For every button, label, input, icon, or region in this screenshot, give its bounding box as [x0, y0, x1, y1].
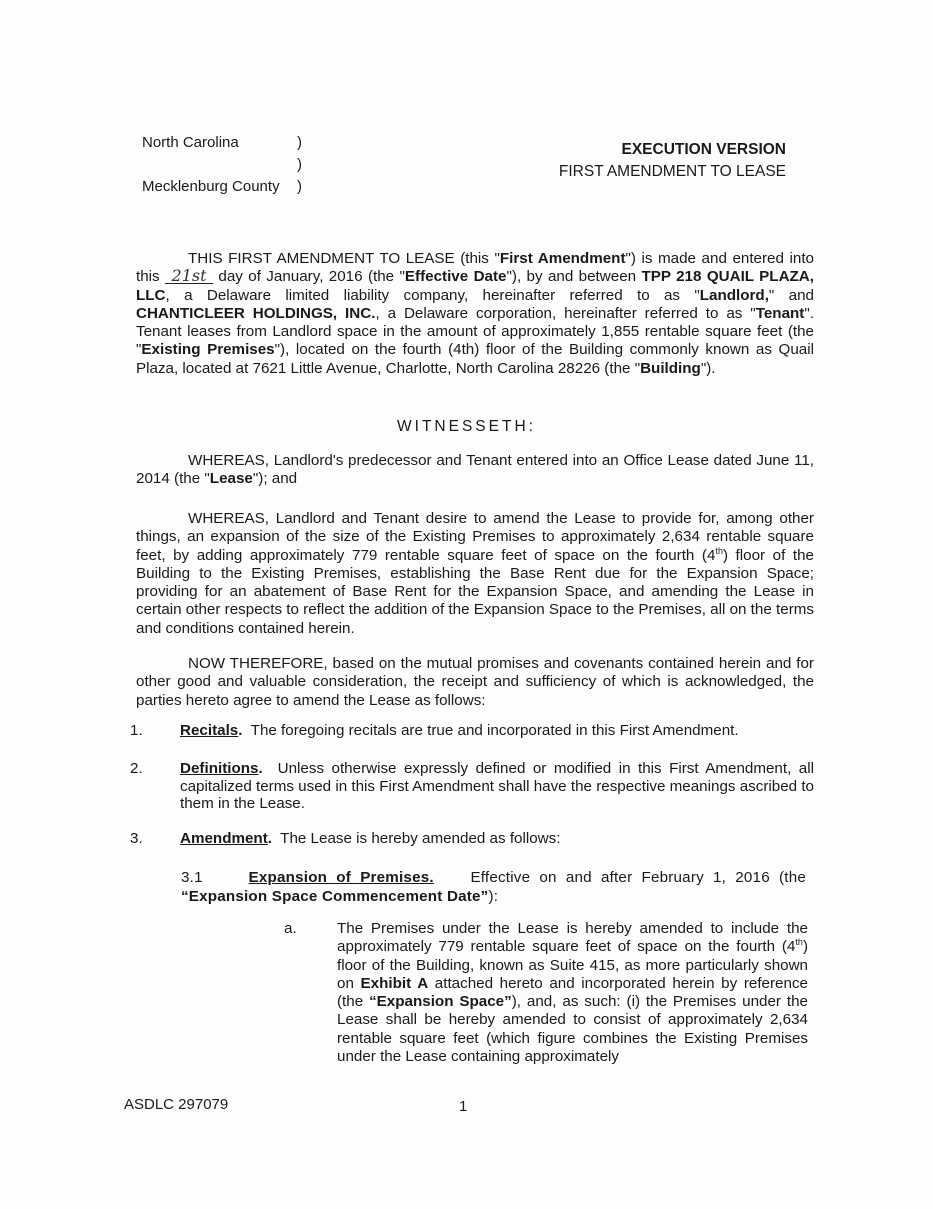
- paren: ): [297, 132, 302, 154]
- whereas-paragraph-1: WHEREAS, Landlord's predecessor and Tena…: [136, 452, 814, 489]
- paren: ): [297, 176, 302, 198]
- item-a: a. The Premises under the Lease is hereb…: [284, 920, 808, 1066]
- subsection-number: 3.1: [181, 869, 203, 886]
- execution-version-label: EXECUTION VERSION: [559, 139, 786, 161]
- venue-county: Mecklenburg County: [142, 176, 297, 198]
- section-number: 1.: [130, 722, 143, 740]
- section-heading: Definitions: [180, 760, 258, 777]
- section-heading: Amendment: [180, 830, 268, 847]
- venue-block: North Carolina) ) Mecklenburg County): [142, 132, 302, 198]
- section-1: 1. Recitals. The foregoing recitals are …: [130, 722, 814, 740]
- whereas-paragraph-2: WHEREAS, Landlord and Tenant desire to a…: [136, 510, 814, 638]
- section-2: 2. Definitions. Unless otherwise express…: [130, 760, 814, 813]
- intro-paragraph: THIS FIRST AMENDMENT TO LEASE (this "Fir…: [136, 250, 814, 378]
- paren: ): [297, 154, 302, 176]
- section-number: 2.: [130, 760, 143, 778]
- section-3: 3. Amendment. The Lease is hereby amende…: [130, 830, 814, 848]
- item-label: a.: [284, 920, 297, 938]
- section-heading: Recitals: [180, 722, 238, 739]
- section-number: 3.: [130, 830, 143, 848]
- now-therefore-paragraph: NOW THEREFORE, based on the mutual promi…: [136, 655, 814, 710]
- handwritten-day: 21st: [165, 269, 213, 284]
- witnesseth-heading: WITNESSETH:: [0, 418, 933, 436]
- document-page: North Carolina) ) Mecklenburg County) EX…: [0, 0, 933, 1209]
- venue-state: North Carolina: [142, 132, 297, 154]
- document-header: EXECUTION VERSION FIRST AMENDMENT TO LEA…: [559, 139, 786, 183]
- document-id: ASDLC 297079: [124, 1096, 228, 1113]
- document-title: FIRST AMENDMENT TO LEASE: [559, 161, 786, 183]
- subsection-3-1: 3.1 Expansion of Premises. Effective on …: [181, 868, 806, 906]
- subsection-heading: Expansion of Premises.: [249, 869, 434, 886]
- page-number: 1: [459, 1098, 467, 1115]
